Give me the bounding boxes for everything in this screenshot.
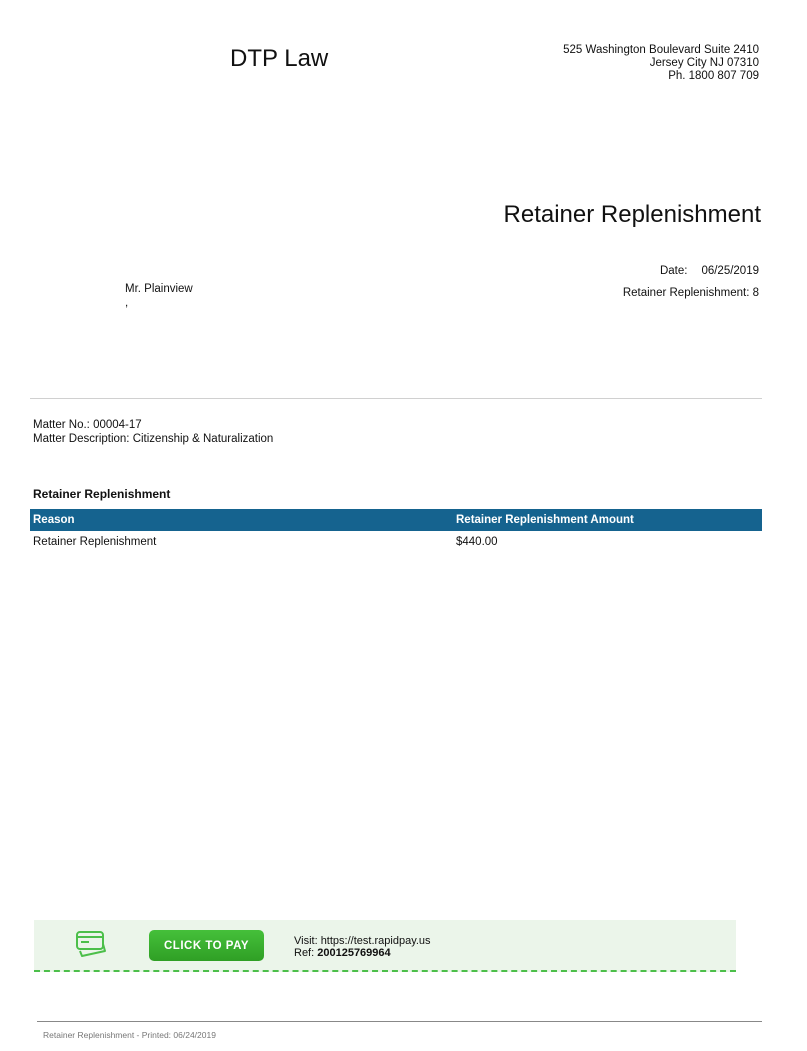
- document-meta: Date:06/25/2019 Retainer Replenishment: …: [623, 265, 759, 309]
- address-line-2: Jersey City NJ 07310: [563, 57, 759, 70]
- cell-amount: $440.00: [453, 536, 762, 548]
- matter-info: Matter No.: 00004-17 Matter Description:…: [33, 418, 273, 446]
- ref-value: 200125769964: [317, 947, 390, 959]
- credit-card-icon: [74, 930, 108, 960]
- cell-reason: Retainer Replenishment: [30, 536, 453, 548]
- payment-info: Visit: https://test.rapidpay.us Ref: 200…: [294, 935, 431, 959]
- payment-banner: CLICK TO PAY Visit: https://test.rapidpa…: [34, 920, 736, 972]
- section-title: Retainer Replenishment: [33, 487, 170, 501]
- footer-text: Retainer Replenishment - Printed: 06/24/…: [43, 1030, 216, 1040]
- replenishment-table: Reason Retainer Replenishment Amount Ret…: [30, 509, 762, 553]
- payment-reference: Ref: 200125769964: [294, 947, 431, 959]
- table-row: Retainer Replenishment $440.00: [30, 531, 762, 553]
- payment-visit-link[interactable]: Visit: https://test.rapidpay.us: [294, 935, 431, 947]
- date-value: 06/25/2019: [701, 265, 759, 277]
- ref-label: Ref:: [294, 947, 317, 959]
- client-name: Mr. Plainview: [125, 282, 193, 296]
- firm-name: DTP Law: [230, 45, 328, 73]
- document-title: Retainer Replenishment: [504, 201, 761, 229]
- client-address: ,: [125, 296, 193, 310]
- footer-divider: [37, 1021, 762, 1022]
- document-number: Retainer Replenishment: 8: [623, 287, 759, 309]
- address-line-1: 525 Washington Boulevard Suite 2410: [563, 44, 759, 57]
- matter-number: Matter No.: 00004-17: [33, 418, 273, 432]
- firm-address: 525 Washington Boulevard Suite 2410 Jers…: [563, 44, 759, 83]
- table-header: Reason Retainer Replenishment Amount: [30, 509, 762, 531]
- date-label: Date:: [660, 265, 688, 277]
- matter-description: Matter Description: Citizenship & Natura…: [33, 432, 273, 446]
- click-to-pay-button[interactable]: CLICK TO PAY: [149, 930, 264, 961]
- divider: [30, 398, 762, 399]
- client-block: Mr. Plainview ,: [125, 282, 193, 310]
- column-header-reason: Reason: [30, 514, 453, 526]
- column-header-amount: Retainer Replenishment Amount: [453, 514, 762, 526]
- firm-phone: Ph. 1800 807 709: [563, 70, 759, 83]
